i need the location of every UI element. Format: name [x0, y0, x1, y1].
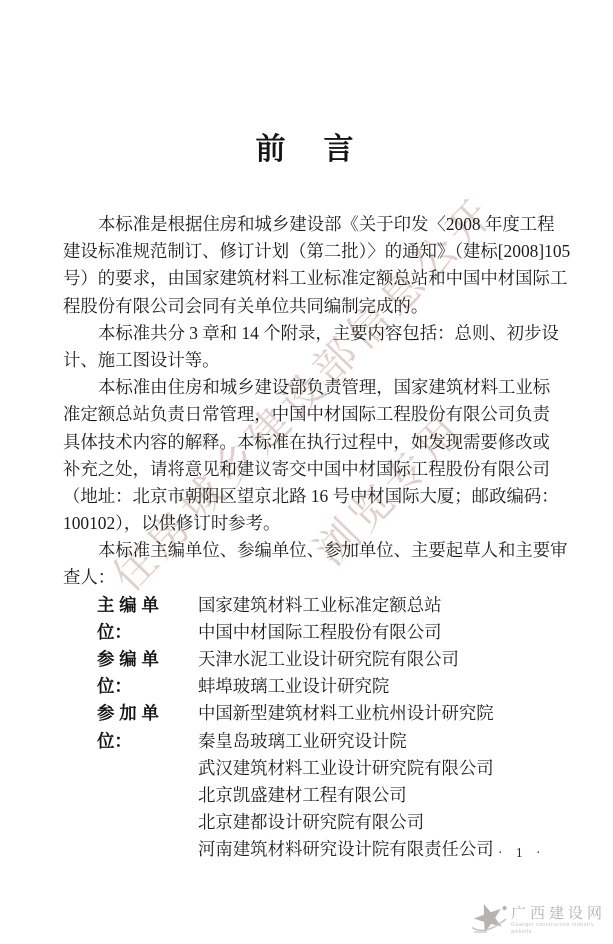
logo-site-name: 广西建设网 [511, 906, 613, 922]
unit-name: 河南建筑材料研究设计院有限责任公司 [198, 836, 494, 863]
unit-indent [63, 673, 97, 700]
unit-line: 北京建都设计研究院有限公司 [63, 809, 555, 836]
unit-line: 主 编 单 位：国家建筑材料工业标准定额总站 [63, 592, 555, 619]
unit-line: 参 编 单 位：天津水泥工业设计研究院有限公司 [63, 646, 555, 673]
page-title: 前 言 [0, 124, 613, 168]
logo-tagline: Guangxi construction industry website [511, 922, 613, 936]
text-line: （地址：北京市朝阳区望京北路 16 号中材国际大厦；邮政编码： [63, 483, 555, 510]
unit-name: 蚌埠玻璃工业设计研究院 [198, 673, 389, 700]
unit-label [97, 836, 198, 863]
logo-text-block: 广西建设网 Guangxi construction industry webs… [511, 902, 613, 936]
unit-name: 中国中材国际工程股份有限公司 [198, 619, 441, 646]
unit-line: 北京凯盛建材工程有限公司 [63, 782, 555, 809]
document-page: 住房城乡建设部信息公开 浏览专用 前 言 本标准是根据住房和城乡建设部《关于印发… [0, 0, 613, 944]
text-line: 建设标准规范制订、修订计划（第二批）〉的通知》（建标[2008]105 [63, 238, 555, 265]
site-logo: 广西建设网 Guangxi construction industry webs… [470, 902, 613, 936]
unit-label: 参 加 单 位： [97, 700, 198, 727]
unit-label [97, 809, 198, 836]
shooting-star-icon [470, 902, 508, 936]
paragraph: 本标准是根据住房和城乡建设部《关于印发〈2008 年度工程建设标准规范制订、修订… [63, 211, 555, 320]
text-line: 程股份有限公司会同有关单位共同编制完成的。 [63, 293, 555, 320]
unit-name: 国家建筑材料工业标准定额总站 [198, 592, 441, 619]
unit-indent [63, 782, 97, 809]
unit-label [97, 619, 198, 646]
text-line: 本标准由住房和城乡建设部负责管理，国家建筑材料工业标 [63, 374, 555, 401]
unit-indent [63, 700, 97, 727]
unit-indent [63, 646, 97, 673]
text-line: 100102），以供修订时参考。 [63, 510, 555, 537]
unit-label [97, 782, 198, 809]
text-line: 本标准共分 3 章和 14 个附录，主要内容包括：总则、初步设 [63, 320, 555, 347]
text-line: 本标准是根据住房和城乡建设部《关于印发〈2008 年度工程 [63, 211, 555, 238]
unit-line: 秦皇岛玻璃工业研究设计院 [63, 728, 555, 755]
unit-line: 中国中材国际工程股份有限公司 [63, 619, 555, 646]
unit-name: 中国新型建筑材料工业杭州设计研究院 [198, 700, 494, 727]
text-line: 本标准主编单位、参编单位、参加单位、主要起草人和主要审 [63, 537, 555, 564]
unit-line: 参 加 单 位：中国新型建筑材料工业杭州设计研究院 [63, 700, 555, 727]
unit-indent [63, 755, 97, 782]
unit-label [97, 755, 198, 782]
page-number: · 1 · [498, 845, 546, 861]
unit-line: 武汉建筑材料工业设计研究院有限公司 [63, 755, 555, 782]
unit-name: 北京建都设计研究院有限公司 [198, 809, 424, 836]
unit-indent [63, 836, 97, 863]
text-line: 计、施工图设计等。 [63, 347, 555, 374]
paragraph: 本标准主编单位、参编单位、参加单位、主要起草人和主要审查人： [63, 537, 555, 591]
text-line: 具体技术内容的解释。本标准在执行过程中，如发现需要修改或 [63, 429, 555, 456]
text-line: 查人： [63, 564, 555, 591]
unit-label [97, 673, 198, 700]
document-body: 本标准是根据住房和城乡建设部《关于印发〈2008 年度工程建设标准规范制订、修订… [63, 211, 555, 864]
unit-name: 秦皇岛玻璃工业研究设计院 [198, 728, 407, 755]
unit-label: 参 编 单 位： [97, 646, 198, 673]
unit-indent [63, 728, 97, 755]
unit-name: 武汉建筑材料工业设计研究院有限公司 [198, 755, 494, 782]
paragraph: 本标准由住房和城乡建设部负责管理，国家建筑材料工业标准定额总站负责日常管理，中国… [63, 374, 555, 537]
unit-name: 北京凯盛建材工程有限公司 [198, 782, 407, 809]
unit-label [97, 728, 198, 755]
unit-label: 主 编 单 位： [97, 592, 198, 619]
paragraph: 本标准共分 3 章和 14 个附录，主要内容包括：总则、初步设计、施工图设计等。 [63, 320, 555, 374]
unit-indent [63, 809, 97, 836]
unit-indent [63, 592, 97, 619]
text-line: 准定额总站负责日常管理，中国中材国际工程股份有限公司负责 [63, 401, 555, 428]
unit-indent [63, 619, 97, 646]
unit-line: 蚌埠玻璃工业设计研究院 [63, 673, 555, 700]
unit-name: 天津水泥工业设计研究院有限公司 [198, 646, 459, 673]
unit-line: 河南建筑材料研究设计院有限责任公司 [63, 836, 555, 863]
text-line: 号）的要求，由国家建筑材料工业标准定额总站和中国中材国际工 [63, 265, 555, 292]
text-line: 补充之处，请将意见和建议寄交中国中材国际工程股份有限公司 [63, 456, 555, 483]
